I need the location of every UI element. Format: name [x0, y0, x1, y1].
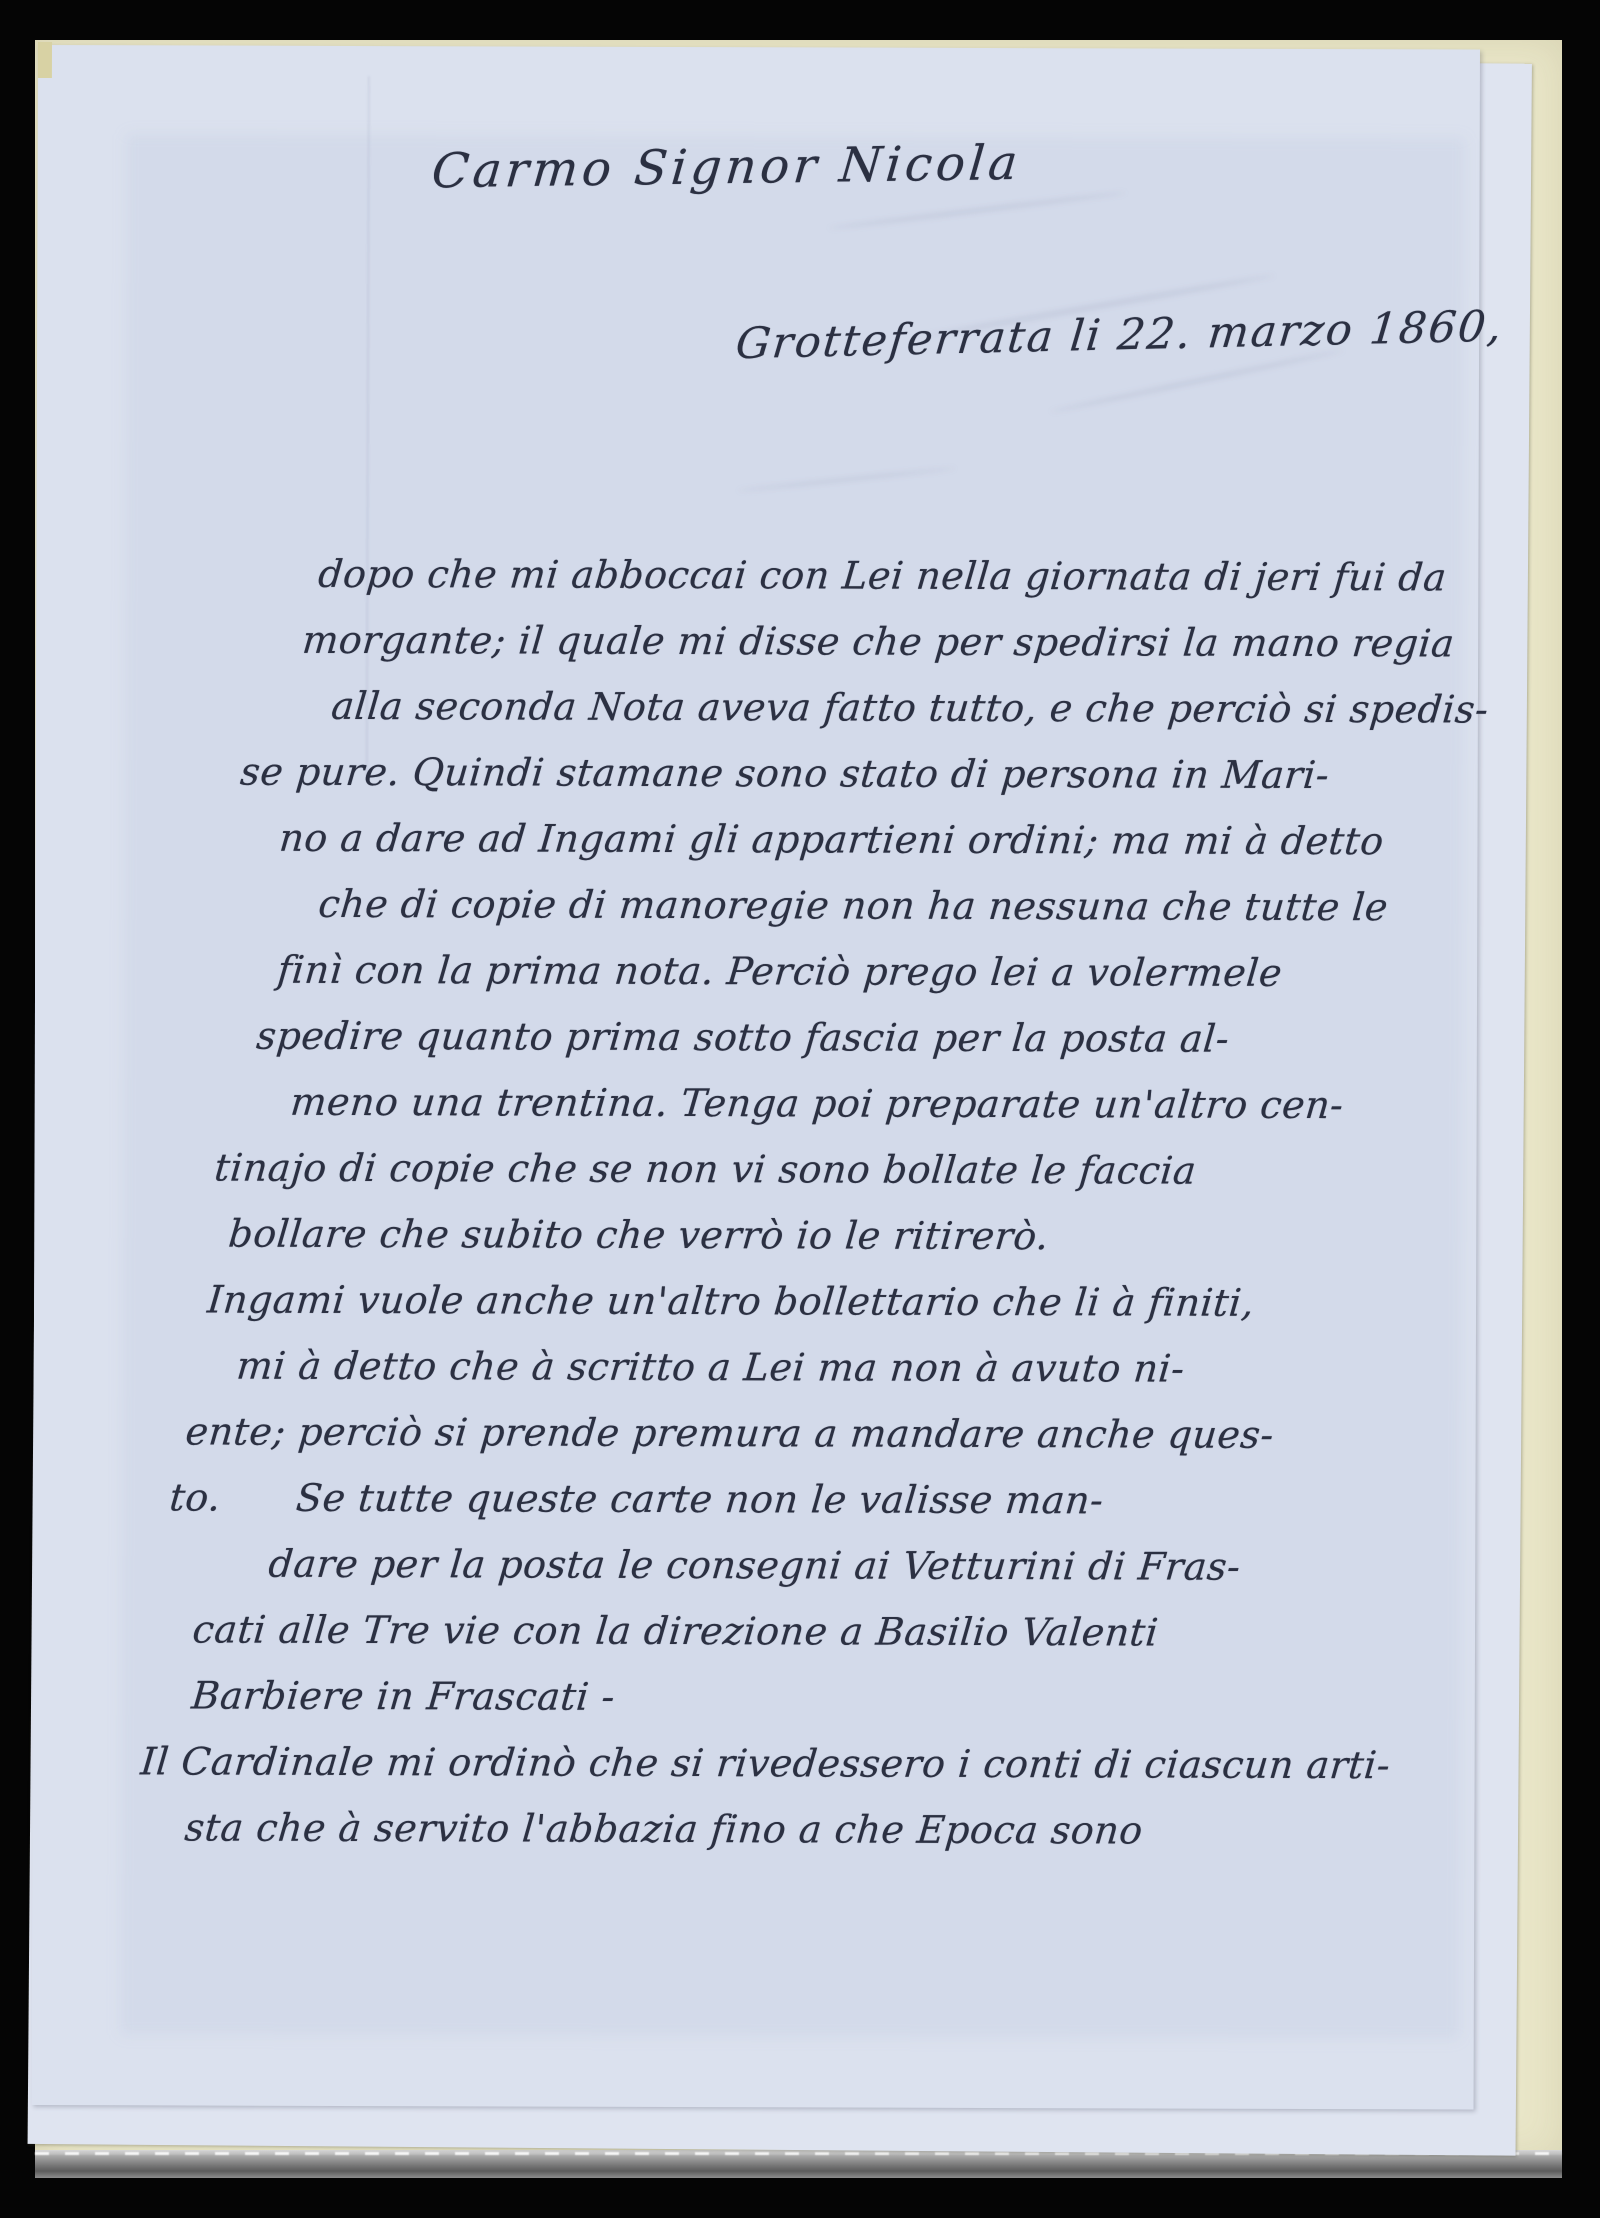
letter-line-text: meno una trentina. Tenga poi preparate u… — [289, 1080, 1346, 1127]
letter-line-text: spedire quanto prima sotto fascia per la… — [255, 1014, 1232, 1061]
letter-line-text: Il Cardinale mi ordinò che si rivedesser… — [139, 1739, 1392, 1787]
letter-line-text: cati alle Tre vie con la direzione a Bas… — [191, 1608, 1160, 1655]
letter-line: dopo che mi abboccai con Lei nella giorn… — [270, 484, 1526, 554]
letter-line-text: Barbiere in Frascati - — [190, 1673, 617, 1718]
letter-line-text: che di copie di manoregie non ha nessuna… — [317, 882, 1390, 929]
letter-line-text: no a dare ad Ingami gli appartieni ordin… — [278, 816, 1386, 863]
letter-line-text: bollare che subito che verrò io le ritir… — [227, 1212, 1051, 1259]
letter-line-text: alla seconda Nota aveva fatto tutto, e c… — [330, 684, 1491, 732]
letter-sheet-front: Carmo Signor Nicola Grotteferrata li 22.… — [32, 45, 1480, 2110]
letter-line-text: se pure. Quindi stamane sono stato di pe… — [239, 750, 1332, 797]
letter-body: dopo che mi abboccai con Lei nella giorn… — [87, 484, 1527, 1808]
letter-salutation: Carmo Signor Nicola — [430, 135, 1024, 199]
scanned-letter-photo: Carmo Signor Nicola Grotteferrata li 22.… — [0, 0, 1600, 2218]
letter-line-text: finì con la prima nota. Perciò prego lei… — [276, 948, 1284, 995]
letter-line-text: morgante; il quale mi disse che per sped… — [301, 618, 1457, 666]
letter-line-text: dopo che mi abboccai con Lei nella giorn… — [317, 552, 1449, 600]
tape-tab — [38, 42, 52, 78]
letter-line-text: tinajo di copie che se non vi sono bolla… — [213, 1146, 1199, 1193]
letter-line-text: dare per la posta le consegni ai Vetturi… — [267, 1542, 1243, 1589]
letter-line-text: ente; perciò si prende premura a mandare… — [184, 1409, 1276, 1456]
letter-line-text: mi à detto che à scritto a Lei ma non à … — [235, 1344, 1187, 1391]
letter-line-text: Ingami vuole anche un'altro bollettario … — [206, 1278, 1257, 1325]
letter-line-text: sta che à servito l'abbazia fino a che E… — [183, 1805, 1145, 1852]
letter-line-text: to. Se tutte queste carte non le valisse… — [168, 1475, 1106, 1522]
